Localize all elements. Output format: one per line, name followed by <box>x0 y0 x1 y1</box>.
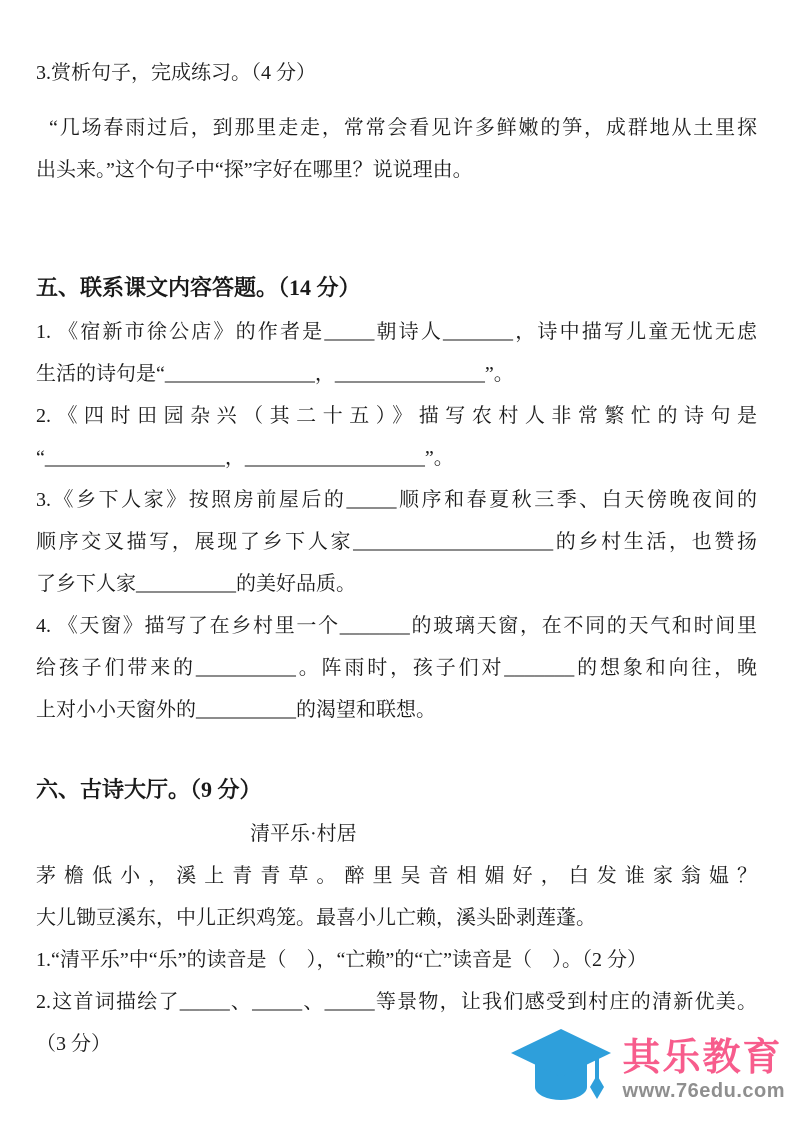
text-line: 给孩子们带来的__________。阵雨时，孩子们对_______的想象和向往，… <box>36 647 757 689</box>
text-line: 1. 《宿新市徐公店》的作者是_____朝诗人_______，诗中描写儿童无忧无… <box>36 311 757 353</box>
section-five-question-1: 1. 《宿新市徐公店》的作者是_____朝诗人_______，诗中描写儿童无忧无… <box>36 311 757 395</box>
text-line: “__________________，__________________”。 <box>36 437 757 479</box>
section-gap <box>36 731 757 767</box>
brand-name: 其乐教育 <box>623 1039 783 1079</box>
poem-title: 清平乐·村居 <box>36 813 757 855</box>
question-3-title: 3.赏析句子，完成练习。（4 分） <box>36 52 757 94</box>
logo-text-block: 其乐教育 www.76edu.com <box>623 1039 785 1103</box>
text-line: “几场春雨过后，到那里走走，常常会看见许多鲜嫩的笋，成群地从土里探 <box>36 107 757 149</box>
text-line: 上对小小天窗外的__________的渴望和联想。 <box>36 689 757 731</box>
text-line: 了乡下人家__________的美好品质。 <box>36 563 757 605</box>
text-line: 大儿锄豆溪东，中儿正织鸡笼。最喜小儿亡赖，溪头卧剥莲蓬。 <box>36 897 757 939</box>
section-five-question-2: 2.《四时田园杂兴（其二十五）》描写农村人非常繁忙的诗句是“__________… <box>36 395 757 479</box>
brand-website: www.76edu.com <box>623 1080 785 1102</box>
poem-body: 茅檐低小，溪上青青草。醉里吴音相媚好，白发谁家翁媪？大儿锄豆溪东，中儿正织鸡笼。… <box>36 855 757 939</box>
text-line: 3.《乡下人家》按照房前屋后的_____顺序和春夏秋三季、白天傍晚夜间的 <box>36 479 757 521</box>
section-five-heading: 五、联系课文内容答题。（14 分） <box>36 265 757 311</box>
text-line: 2.《四时田园杂兴（其二十五）》描写农村人非常繁忙的诗句是 <box>36 395 757 437</box>
text-line: 1.“清平乐”中“乐”的读音是（ ），“亡赖”的“亡”读音是（ ）。（2 分） <box>36 939 757 981</box>
section-six-question-1: 1.“清平乐”中“乐”的读音是（ ），“亡赖”的“亡”读音是（ ）。（2 分） <box>36 939 757 981</box>
text-line: 茅檐低小，溪上青青草。醉里吴音相媚好，白发谁家翁媪？ <box>36 855 757 897</box>
exam-page: 3.赏析句子，完成练习。（4 分） “几场春雨过后，到那里走走，常常会看见许多鲜… <box>0 0 793 1065</box>
section-six-heading: 六、古诗大厅。（9 分） <box>36 767 757 813</box>
site-logo: 其乐教育 www.76edu.com <box>509 1027 785 1114</box>
text-line: 4. 《天窗》描写了在乡村里一个_______的玻璃天窗，在不同的天气和时间里 <box>36 605 757 647</box>
text-line: 顺序交叉描写，展现了乡下人家____________________的乡村生活，… <box>36 521 757 563</box>
section-five-question-3: 3.《乡下人家》按照房前屋后的_____顺序和春夏秋三季、白天傍晚夜间的顺序交叉… <box>36 479 757 605</box>
question-3-body: “几场春雨过后，到那里走走，常常会看见许多鲜嫩的笋，成群地从土里探出头来。”这个… <box>36 107 757 191</box>
graduation-cap-icon <box>509 1027 613 1114</box>
text-line: 2.这首词描绘了_____、_____、_____等景物，让我们感受到村庄的清新… <box>36 981 757 1023</box>
text-line: 出头来。”这个句子中“探”字好在哪里？说说理由。 <box>36 149 757 191</box>
section-five-question-4: 4. 《天窗》描写了在乡村里一个_______的玻璃天窗，在不同的天气和时间里给… <box>36 605 757 731</box>
answer-space <box>36 191 757 265</box>
text-line: 生活的诗句是“_______________，_______________”。 <box>36 353 757 395</box>
